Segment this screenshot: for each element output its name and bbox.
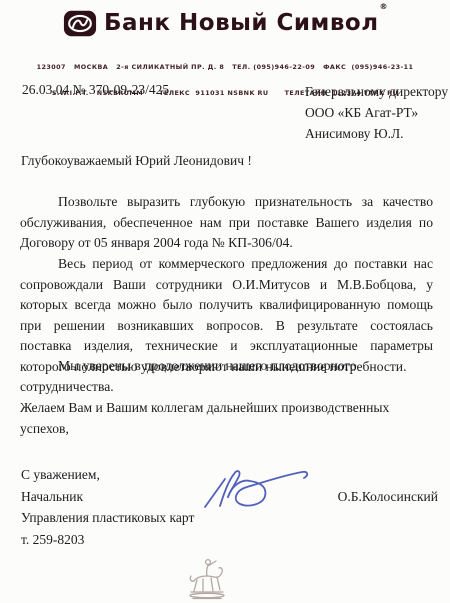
bank-name: Банк Новый Символ® xyxy=(104,12,387,35)
signer-title-line1: Начальник xyxy=(21,486,194,508)
recipient-line: ООО «КБ Агат-РТ» xyxy=(305,102,448,123)
closing-block: С уважением, Начальник Управления пласти… xyxy=(21,464,194,550)
bank-swirl-logo-icon xyxy=(63,9,97,38)
body-paragraph-1: Позвольте выразить глубокую признательно… xyxy=(20,192,433,254)
registered-trademark: ® xyxy=(380,2,389,11)
letter-page: Банк Новый Символ® 123007 МОСКВА 2-я СИЛ… xyxy=(0,0,450,603)
salutation: Глубокоуважаемый Юрий Леонидович ! xyxy=(21,153,252,169)
reference-number: 26.03.04 № 370-09-23/425 xyxy=(22,82,169,98)
body-paragraph-4: Желаем Вам и Вашим коллегам дальнейших п… xyxy=(20,398,433,439)
signer-name: О.Б.Колосинский xyxy=(338,489,438,505)
recipient-line: Анисимову Ю.Л. xyxy=(305,123,448,144)
recipient-block: Генеральному директору ООО «КБ Агат-РТ» … xyxy=(305,81,448,144)
body-paragraph-3: Мы уверены в продолжении нашего плодотво… xyxy=(20,356,433,397)
signer-phone: т. 259-8203 xyxy=(21,529,194,551)
closing-phrase: С уважением, xyxy=(21,464,194,486)
handwritten-signature-ink xyxy=(192,456,312,516)
recipient-line: Генеральному директору xyxy=(305,81,448,102)
equestrian-statue-emblem-icon xyxy=(177,555,237,601)
signer-title-line2: Управления пластиковых карт xyxy=(21,507,194,529)
letterhead-address-line1: 123007 МОСКВА 2-я СИЛИКАТНЫЙ ПР. Д. 8 ТЕ… xyxy=(0,63,450,72)
